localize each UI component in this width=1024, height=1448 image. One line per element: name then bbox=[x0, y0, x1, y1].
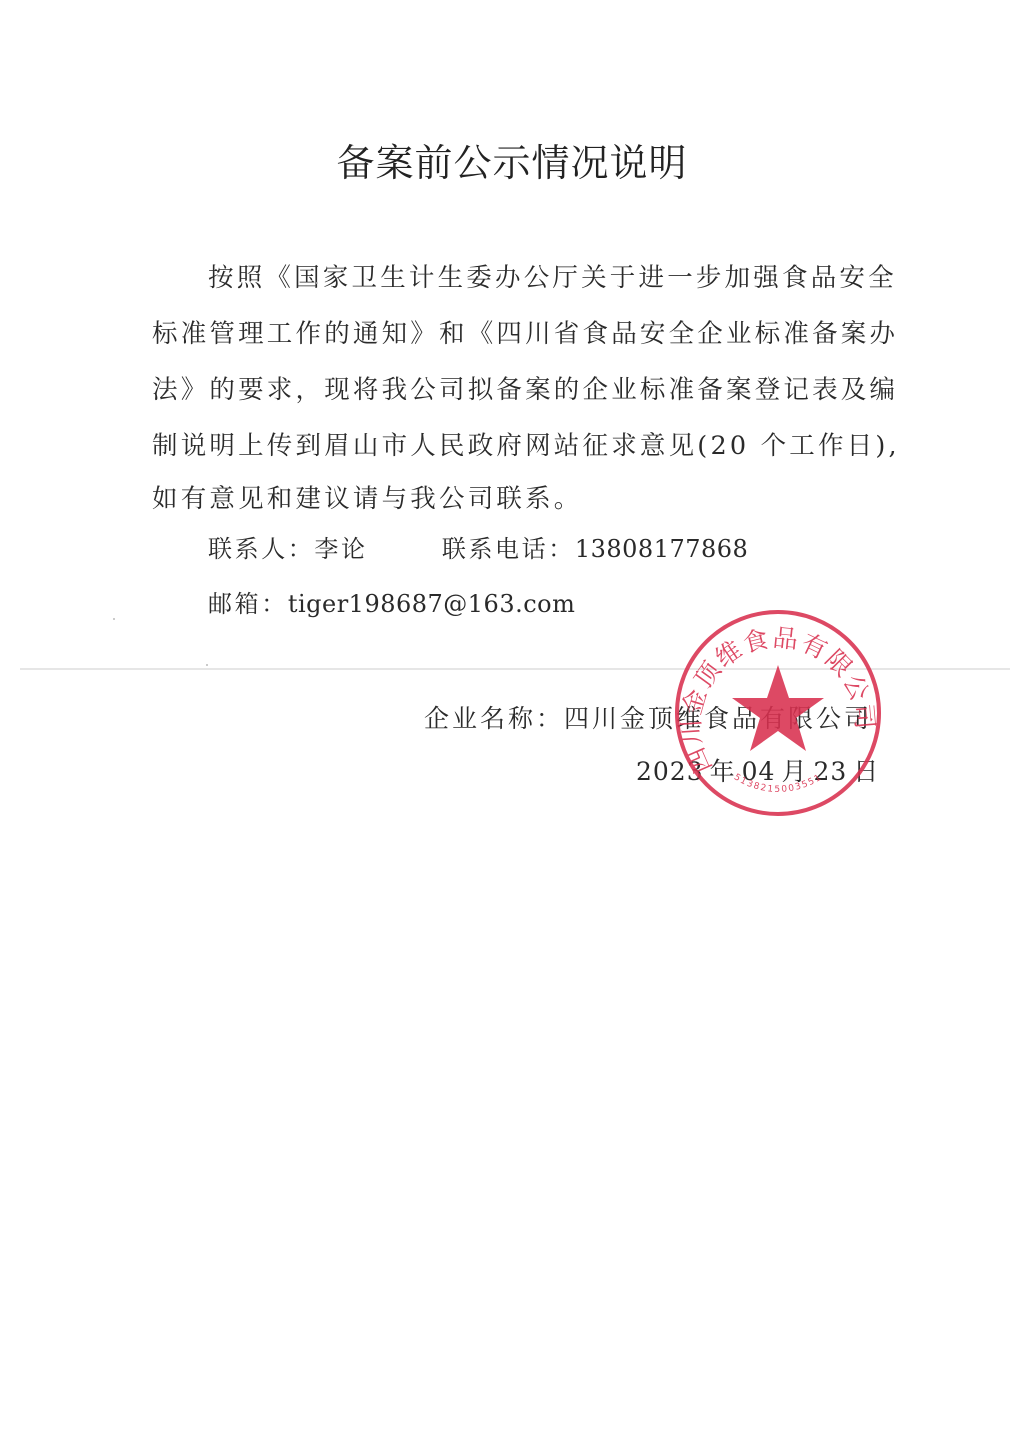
body-line-2: 标准管理工作的通知》和《四川省食品安全企业标准备案办 bbox=[152, 319, 864, 349]
contact-person-name: 李论 bbox=[314, 535, 367, 563]
date-year: 2023 bbox=[636, 757, 704, 786]
document-title: 备案前公示情况说明 bbox=[0, 132, 1024, 187]
scan-speck bbox=[316, 282, 318, 284]
email-address: tiger198687@163.com bbox=[288, 590, 576, 618]
phone-label: 联系电话： bbox=[442, 535, 575, 563]
date-month: 04 bbox=[742, 757, 776, 786]
company-signature: 企业名称：四川金顶维食品有限公司 bbox=[424, 699, 872, 735]
scan-speck bbox=[206, 664, 208, 666]
body-line-1: 按照《国家卫生计生委办公厅关于进一步加强食品安全 bbox=[208, 263, 920, 293]
date-day: 23 bbox=[813, 757, 847, 786]
email-row: 邮箱：tiger198687@163.com bbox=[208, 589, 575, 619]
company-label: 企业名称： bbox=[424, 704, 564, 733]
date-month-unit: 月 bbox=[781, 757, 807, 786]
scan-speck bbox=[113, 618, 115, 620]
contact-person-label: 联系人： bbox=[208, 535, 314, 563]
body-line-4: 制说明上传到眉山市人民政府网站征求意见(20 个工作日), bbox=[152, 431, 864, 461]
company-name: 四川金顶维食品有限公司 bbox=[564, 704, 872, 733]
date-day-unit: 日 bbox=[853, 757, 879, 786]
body-line-3: 法》的要求，现将我公司拟备案的企业标准备案登记表及编 bbox=[152, 375, 864, 405]
document-page: 备案前公示情况说明 按照《国家卫生计生委办公厅关于进一步加强食品安全 标准管理工… bbox=[0, 0, 1024, 1448]
contact-row: 联系人：李论 联系电话：13808177868 bbox=[208, 534, 748, 564]
signature-date: 2023年04月23日 bbox=[636, 752, 885, 788]
phone-number: 13808177868 bbox=[575, 535, 748, 563]
date-year-unit: 年 bbox=[710, 757, 736, 786]
body-line-5: 如有意见和建议请与我公司联系。 bbox=[152, 484, 864, 514]
phone-group: 联系电话：13808177868 bbox=[442, 534, 748, 564]
scan-fold-line bbox=[20, 668, 1010, 670]
email-label: 邮箱： bbox=[208, 590, 288, 618]
